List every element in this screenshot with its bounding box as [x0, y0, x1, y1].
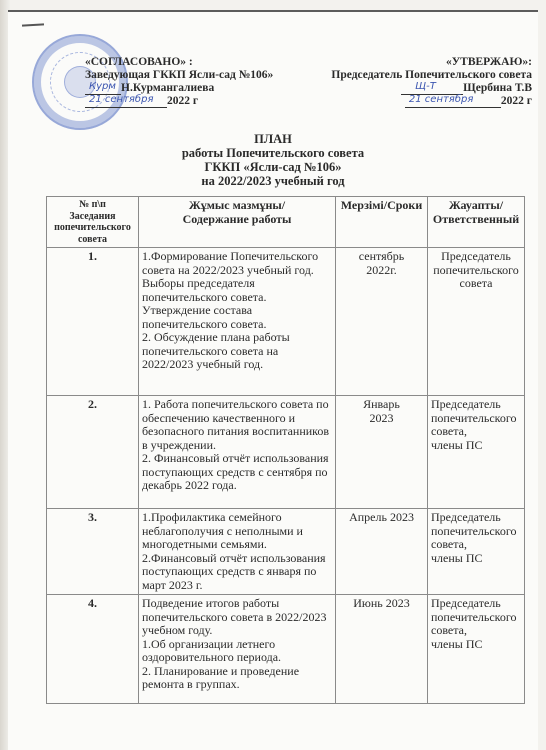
header-content-ru: Содержание работы	[142, 213, 332, 227]
row-number: 4.	[47, 595, 139, 704]
approved-heading: «УТВЕРЖАЮ»:	[331, 56, 532, 69]
document-title: ПЛАН работы Попечительского совета ГККП …	[0, 132, 546, 188]
header-responsible: Жауапты/ Ответственный	[428, 197, 525, 248]
table-row: 2. 1. Работа попечительского совета по о…	[47, 396, 525, 509]
header-content: Жұмыс мазмұны/ Содержание работы	[139, 197, 336, 248]
row-responsible: Председатель попечительского совета, чле…	[428, 595, 525, 704]
row-number: 1.	[47, 248, 139, 396]
agreed-date-line: 21 сентября	[85, 107, 167, 108]
header-meeting-label: Заседания попечительского совета	[50, 211, 135, 246]
row-term: Январь 2023	[336, 396, 428, 509]
row-content: Подведение итогов работы попечительского…	[139, 595, 336, 704]
agreed-year: 2022 г	[167, 95, 198, 107]
title-subject: работы Попечительского совета	[0, 146, 546, 160]
approved-name: Щербина Т.В	[463, 82, 532, 94]
row-content: 1.Профилактика семейного неблагополучия …	[139, 509, 336, 595]
header-responsible-ru: Ответственный	[431, 213, 521, 227]
approval-block-approved: «УТВЕРЖАЮ»: Председатель Попечительского…	[331, 56, 532, 108]
agreed-heading: «СОГЛАСОВАНО» :	[85, 56, 273, 69]
approved-signature: Щ-Т	[415, 80, 436, 93]
approved-date-line: 21 сентября	[405, 107, 501, 108]
agreed-signature: Курм	[89, 80, 116, 93]
row-number: 2.	[47, 396, 139, 509]
table-row: 3. 1.Профилактика семейного неблагополуч…	[47, 509, 525, 595]
row-term: сентябрь 2022г.	[336, 248, 428, 396]
approved-year: 2022 г	[501, 95, 532, 107]
row-term: Апрель 2023	[336, 509, 428, 595]
row-content: 1. Работа попечительского совета по обес…	[139, 396, 336, 509]
table-header-row: № п\п Заседания попечительского совета Ж…	[47, 197, 525, 248]
row-content: 1.Формирование Попечительского совета на…	[139, 248, 336, 396]
agreed-date-handwritten: 21 сентября	[89, 93, 153, 106]
header-term: Мерзімі/Сроки	[336, 197, 428, 248]
approved-date-handwritten: 21 сентября	[409, 93, 473, 106]
row-responsible: Председатель попечительского совета, чле…	[428, 509, 525, 595]
row-responsible: Председатель попечительского совета	[428, 248, 525, 396]
header-num-label: № п\п	[50, 199, 135, 211]
title-plan: ПЛАН	[0, 132, 546, 146]
approval-block-agreed: «СОГЛАСОВАНО» : Заведующая ГККП Ясли-сад…	[85, 56, 273, 108]
table-row: 1. 1.Формирование Попечительского совета…	[47, 248, 525, 396]
plan-table: № п\п Заседания попечительского совета Ж…	[46, 196, 525, 704]
row-number: 3.	[47, 509, 139, 595]
table-row: 4. Подведение итогов работы попечительск…	[47, 595, 525, 704]
header-content-kz: Жұмыс мазмұны/	[142, 199, 332, 213]
header-meeting-number: № п\п Заседания попечительского совета	[47, 197, 139, 248]
row-responsible: Председатель попечительского совета, чле…	[428, 396, 525, 509]
header-responsible-kz: Жауапты/	[431, 199, 521, 213]
title-period: на 2022/2023 учебный год	[0, 174, 546, 188]
title-organization: ГККП «Ясли-сад №106»	[0, 160, 546, 174]
row-term: Июнь 2023	[336, 595, 428, 704]
